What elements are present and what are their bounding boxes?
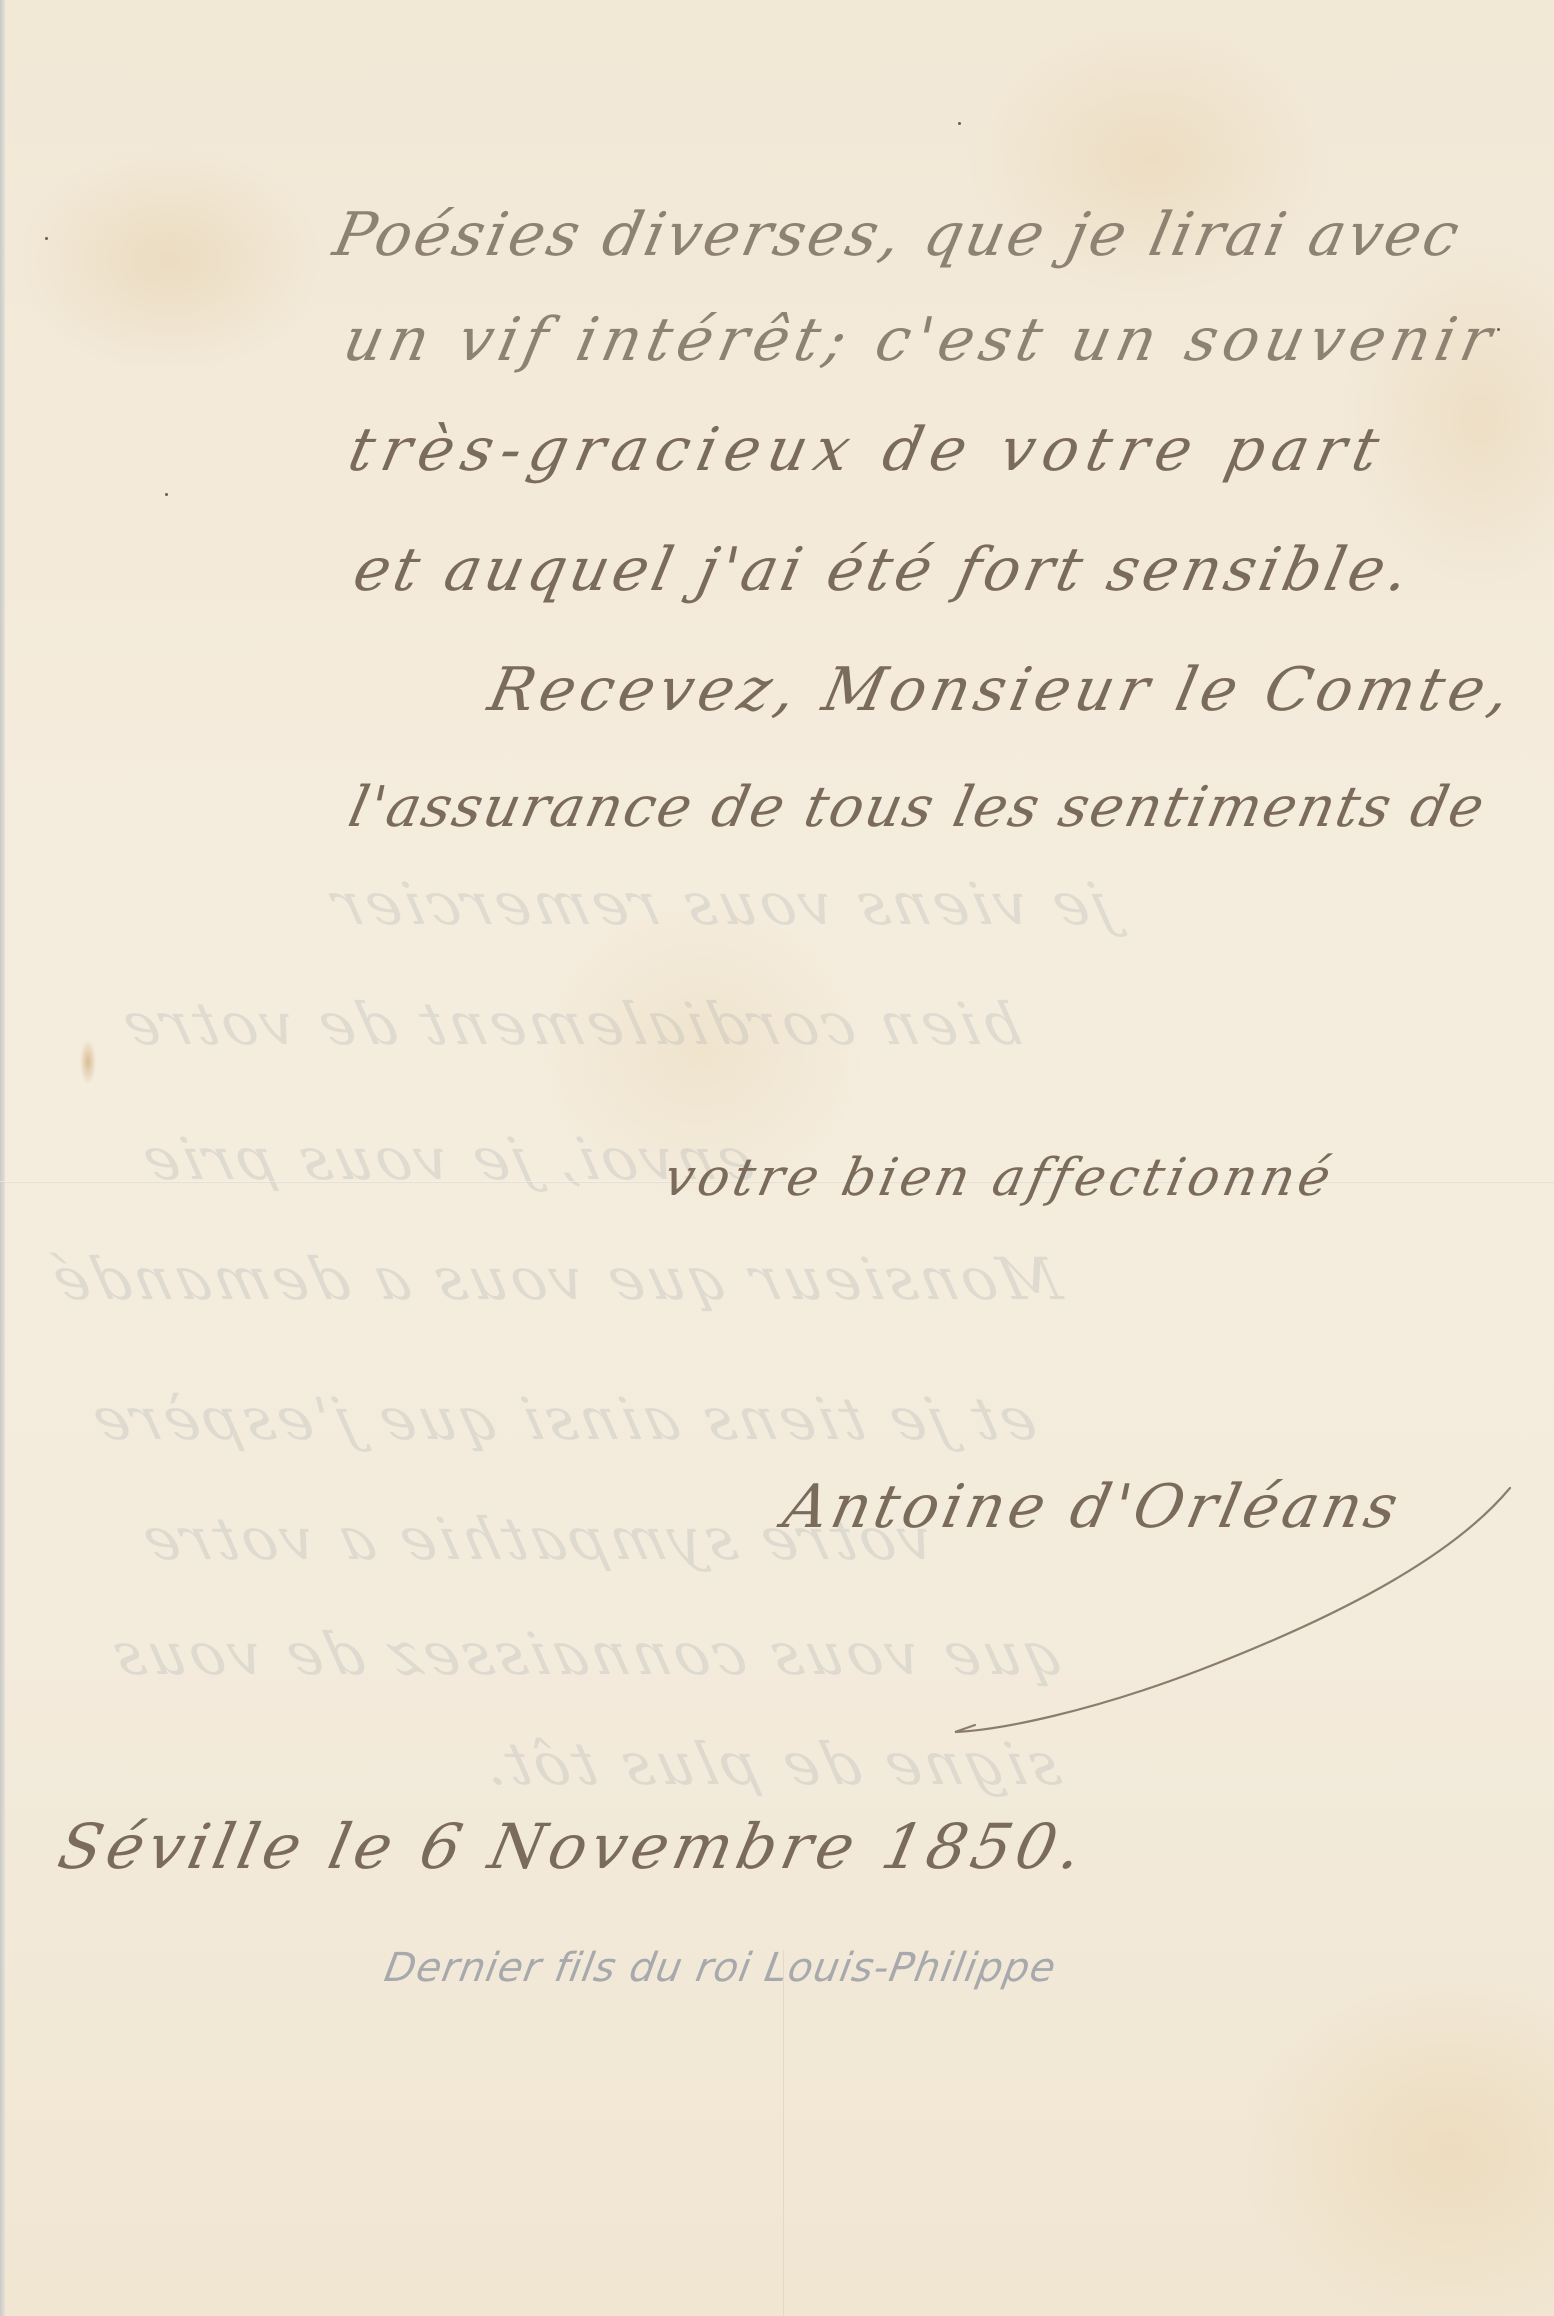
letter-line-4: et auquel j'ai été fort sensible. (348, 535, 1419, 605)
bleed-through-line: Monsieur que vous a demandé (42, 1245, 1068, 1313)
letter-line-2: un vif intérêt; c'est un souvenir (338, 305, 1504, 375)
letter-line-1: Poésies diverses, que je lirai avec (328, 200, 1468, 270)
scan-edge (0, 0, 5, 2316)
letter-line-5: Recevez, Monsieur le Comte, (483, 655, 1521, 725)
bleed-through-line: signe de plus tôt. (472, 1730, 1068, 1798)
letter-page: je viens vous remercier bien cordialemen… (0, 0, 1554, 2316)
letter-line-6: l'assurance de tous les sentiments de (343, 775, 1491, 840)
ink-speck (1497, 328, 1500, 331)
bleed-through-line: bien cordialement de votre (112, 990, 1028, 1058)
signature: Antoine d'Orléans (778, 1472, 1408, 1542)
fold-crease-vertical (783, 1950, 784, 2316)
bleed-through-line: je viens vous remercier (322, 870, 1118, 938)
pencil-annotation: Dernier fils du roi Louis-Philippe (381, 1945, 1060, 1991)
date-line: Séville le 6 Novembre 1850. (52, 1810, 1093, 1883)
bleed-through-line: et je tiens ainsi que j'espère (82, 1385, 1044, 1453)
ink-speck (45, 237, 48, 240)
closing-phrase: votre bien affectionné (659, 1148, 1340, 1208)
ink-speck (958, 122, 961, 125)
ink-speck (165, 493, 168, 496)
bleed-through-line: que vous connaissez de vous (102, 1620, 1070, 1688)
letter-line-3: très-gracieux de votre part (343, 415, 1393, 485)
